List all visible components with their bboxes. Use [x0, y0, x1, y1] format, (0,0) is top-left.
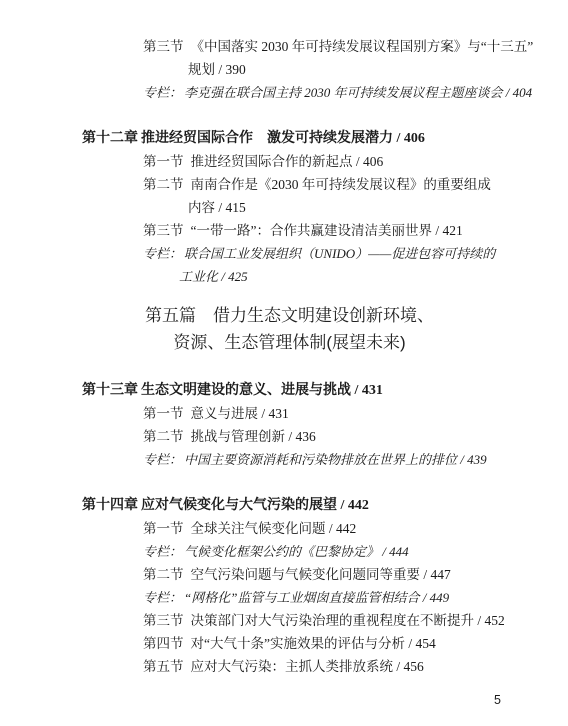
entry-title: 对“大气十条”实施效果的评估与分析 [191, 636, 405, 651]
entry-page-number: / 406 [353, 154, 384, 169]
toc-list: 第三节《中国落实 2030 年可持续发展议程国别方案》与“十三五”规划 / 39… [82, 35, 497, 678]
entry-label: 第三节 [143, 223, 184, 238]
entry-page-number: / 404 [503, 85, 533, 100]
entry-page-number: / 444 [379, 544, 409, 559]
entry-title: 中国主要资源消耗和污染物排放在世界上的排位 [184, 452, 457, 467]
toc-entry-chapter: 第十二章推进经贸国际合作 激发可持续发展潜力 / 406 [82, 127, 497, 150]
toc-entry-column: 专栏：中国主要资源消耗和污染物排放在世界上的排位 / 439 [82, 448, 497, 471]
entry-title: 内容 [188, 200, 215, 215]
part-heading-line: 第五篇 借力生态文明建设创新环境、 [82, 302, 497, 329]
toc-entry-column: 专栏：李克强在联合国主持 2030 年可持续发展议程主题座谈会 / 404 [82, 81, 497, 104]
entry-page-number: / 425 [218, 269, 248, 284]
toc-entry-column-cont: 工业化 / 425 [82, 265, 497, 288]
entry-page-number: / 447 [420, 567, 451, 582]
entry-title: “网格化”监管与工业烟囱直接监管相结合 [184, 590, 419, 605]
entry-title: 全球关注气候变化问题 [191, 521, 326, 536]
entry-label: 第三节 [143, 613, 184, 628]
entry-page-number: / 415 [215, 200, 246, 215]
toc-entry-column: 专栏：气候变化框架公约的《巴黎协定》 / 444 [82, 540, 497, 563]
entry-title: 决策部门对大气污染治理的重视程度在不断提升 [191, 613, 475, 628]
toc-entry-chapter: 第十四章应对气候变化与大气污染的展望 / 442 [82, 494, 497, 517]
entry-label: 专栏： [143, 590, 182, 605]
toc-entry-section: 第二节空气污染问题与气候变化问题同等重要 / 447 [82, 563, 497, 586]
entry-page-number: / 439 [457, 452, 487, 467]
toc-entry-section: 第二节南南合作是《2030 年可持续发展议程》的重要组成 [82, 173, 497, 196]
entry-page-number: / 436 [285, 429, 316, 444]
entry-page-number: / 442 [326, 521, 357, 536]
entry-page-number: / 431 [258, 406, 289, 421]
toc-entry-section-cont: 内容 / 415 [82, 196, 497, 219]
entry-page-number: / 449 [419, 590, 449, 605]
entry-page-number: / 390 [215, 62, 246, 77]
entry-title: 推进经贸国际合作的新起点 [191, 154, 353, 169]
entry-title: 生态文明建设的意义、进展与挑战 [141, 383, 351, 398]
page-number-footer: 5 [494, 693, 501, 707]
entry-page-number: / 452 [474, 613, 505, 628]
entry-title: “一带一路”：合作共赢建设清洁美丽世界 [191, 223, 432, 238]
entry-label: 第四节 [143, 636, 184, 651]
entry-label: 第二节 [143, 177, 184, 192]
entry-label: 第一节 [143, 406, 184, 421]
entry-title: 气候变化框架公约的《巴黎协定》 [184, 544, 379, 559]
entry-title: 南南合作是《2030 年可持续发展议程》的重要组成 [191, 177, 491, 192]
toc-entry-section-cont: 规划 / 390 [82, 58, 497, 81]
entry-page-number: / 431 [351, 383, 383, 398]
entry-label: 专栏： [143, 246, 182, 261]
toc-entry-section: 第三节《中国落实 2030 年可持续发展议程国别方案》与“十三五” [82, 35, 497, 58]
toc-entry-chapter: 第十三章生态文明建设的意义、进展与挑战 / 431 [82, 379, 497, 402]
entry-label: 专栏： [143, 85, 182, 100]
part-heading: 第五篇 借力生态文明建设创新环境、资源、生态管理体制(展望未来) [82, 302, 497, 356]
toc-entry-column: 专栏：“网格化”监管与工业烟囱直接监管相结合 / 449 [82, 586, 497, 609]
entry-title: 应对大气污染：主抓人类排放系统 [191, 659, 394, 674]
part-heading-line: 资源、生态管理体制(展望未来) [82, 329, 497, 356]
toc-entry-section: 第四节对“大气十条”实施效果的评估与分析 / 454 [82, 632, 497, 655]
entry-label: 第二节 [143, 567, 184, 582]
entry-title: 推进经贸国际合作 激发可持续发展潜力 [141, 131, 393, 146]
entry-label: 专栏： [143, 452, 182, 467]
entry-page-number: / 454 [405, 636, 436, 651]
toc-entry-section: 第二节挑战与管理创新 / 436 [82, 425, 497, 448]
entry-label: 第一节 [143, 154, 184, 169]
toc-entry-section: 第一节全球关注气候变化问题 / 442 [82, 517, 497, 540]
toc-entry-section: 第三节“一带一路”：合作共赢建设清洁美丽世界 / 421 [82, 219, 497, 242]
entry-page-number: / 406 [393, 131, 425, 146]
entry-page-number: / 442 [337, 498, 369, 513]
document-page: 第三节《中国落实 2030 年可持续发展议程国别方案》与“十三五”规划 / 39… [0, 0, 568, 726]
entry-label: 第五节 [143, 659, 184, 674]
entry-title: 规划 [188, 62, 215, 77]
toc-entry-section: 第一节意义与进展 / 431 [82, 402, 497, 425]
entry-label: 专栏： [143, 544, 182, 559]
entry-page-number: / 456 [393, 659, 424, 674]
entry-label: 第十四章 [82, 498, 138, 513]
entry-title: 《中国落实 2030 年可持续发展议程国别方案》与“十三五” [191, 39, 534, 54]
entry-title: 挑战与管理创新 [191, 429, 286, 444]
toc-entry-column: 专栏：联合国工业发展组织（UNIDO）——促进包容可持续的 [82, 242, 497, 265]
entry-title: 意义与进展 [191, 406, 259, 421]
entry-title: 李克强在联合国主持 2030 年可持续发展议程主题座谈会 [184, 85, 503, 100]
entry-page-number: / 421 [432, 223, 463, 238]
entry-title: 应对气候变化与大气污染的展望 [141, 498, 337, 513]
entry-title: 工业化 [179, 269, 218, 284]
entry-label: 第二节 [143, 429, 184, 444]
entry-label: 第三节 [143, 39, 184, 54]
entry-title: 联合国工业发展组织（UNIDO）——促进包容可持续的 [184, 246, 495, 261]
entry-title: 空气污染问题与气候变化问题同等重要 [191, 567, 421, 582]
toc-entry-section: 第一节推进经贸国际合作的新起点 / 406 [82, 150, 497, 173]
entry-label: 第一节 [143, 521, 184, 536]
entry-label: 第十二章 [82, 131, 138, 146]
entry-label: 第十三章 [82, 383, 138, 398]
toc-entry-section: 第五节应对大气污染：主抓人类排放系统 / 456 [82, 655, 497, 678]
toc-entry-section: 第三节决策部门对大气污染治理的重视程度在不断提升 / 452 [82, 609, 497, 632]
